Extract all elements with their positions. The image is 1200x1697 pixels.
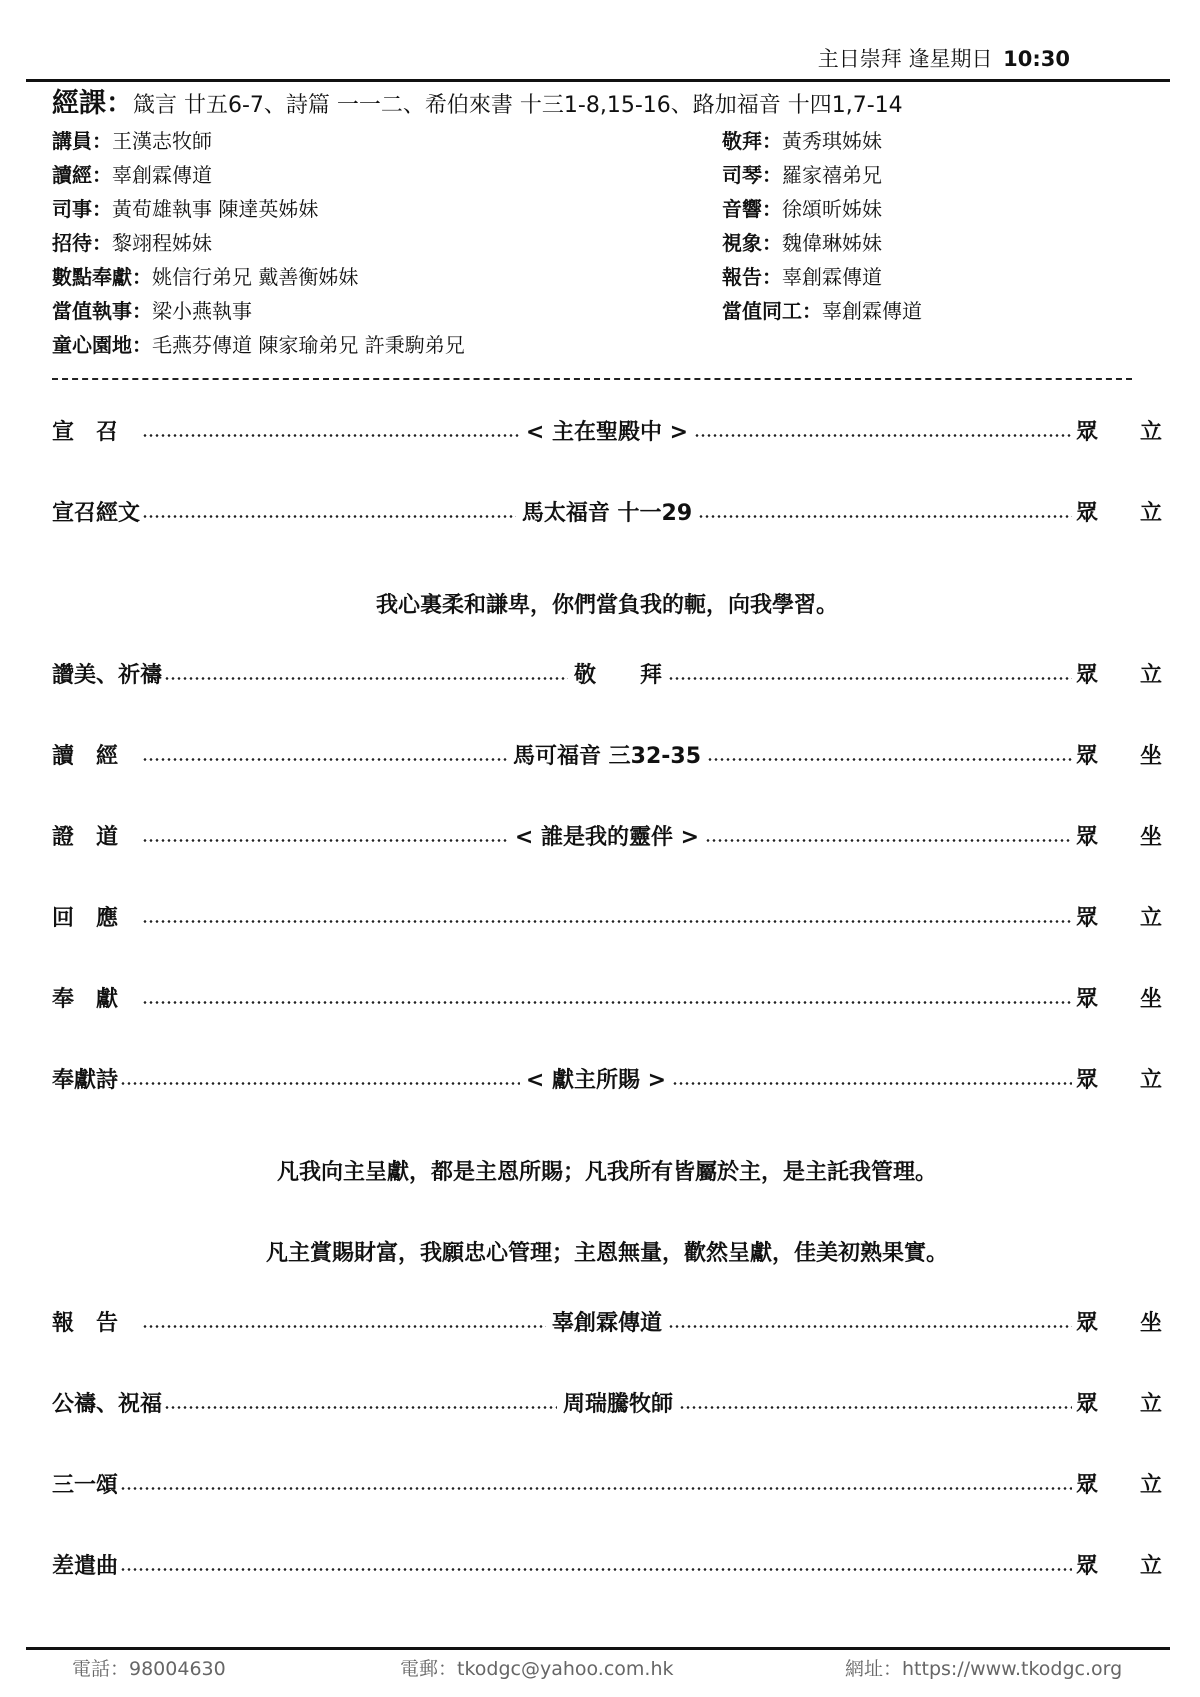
item-detail: < 獻主所賜 >: [522, 1063, 670, 1094]
dot-leader: [142, 920, 1072, 923]
role-label: 報告：: [722, 265, 782, 289]
role-label: 當值執事：: [52, 299, 152, 323]
role-row: 報告：辜創霖傳道: [722, 260, 922, 294]
role-people: 王漢志牧師: [112, 129, 212, 153]
role-people: 黃荀雄執事 陳達英姊妹: [112, 197, 318, 221]
role-people: 辜創霖傳道: [782, 265, 882, 289]
service-item-call-verse: 宣召經文 馬太福音 十一29 眾立: [52, 493, 1162, 529]
service-item-scripture-reading: 讀經 馬可福音 三32-35 眾坐: [52, 736, 1162, 772]
call-verse-text: 我心裏柔和謙卑，你們當負我的軛，向我學習。: [52, 591, 1162, 621]
role-row: 音響：徐頌昕姊妹: [722, 192, 922, 226]
dot-leader: [694, 434, 1072, 437]
role-row: 讀經：辜創霖傳道: [52, 158, 465, 192]
posture: 眾立: [1076, 901, 1162, 932]
posture-who: 眾: [1076, 658, 1098, 689]
role-row: 當值同工：辜創霖傳道: [722, 294, 922, 328]
posture-stance: 立: [1140, 658, 1162, 689]
role-people: 姚信行弟兄 戴善衡姊妹: [152, 265, 358, 289]
scripture-readings: 經課：箴言 廿五6-7、詩篇 一一二、希伯來書 十三1-8,15-16、路加福音…: [52, 88, 903, 122]
role-label: 招待：: [52, 231, 112, 255]
posture-who: 眾: [1076, 982, 1098, 1013]
footer-phone: 電話：98004630: [72, 1656, 226, 1682]
readings-label: 經課：: [52, 88, 133, 119]
role-row: 講員：王漢志牧師: [52, 124, 465, 158]
posture-who: 眾: [1076, 415, 1098, 446]
role-people: 辜創霖傳道: [822, 299, 922, 323]
offering-hymn-line-1: 凡我向主呈獻，都是主恩所賜；凡我所有皆屬於主，是主託我管理。: [52, 1158, 1162, 1188]
role-people: 徐頌昕姊妹: [782, 197, 882, 221]
service-item-praise-prayer: 讚美、祈禱 敬 拜 眾立: [52, 655, 1162, 691]
item-detail: < 主在聖殿中 >: [522, 415, 692, 446]
dot-leader: [698, 515, 1072, 518]
dot-leader: [705, 839, 1072, 842]
item-detail: < 誰是我的靈伴 >: [511, 820, 703, 851]
service-item-offering-hymn: 奉獻詩 < 獻主所賜 > 眾立: [52, 1060, 1162, 1096]
footer-email[interactable]: 電郵：tkodgc@yahoo.com.hk: [400, 1656, 674, 1682]
role-row: 司事：黃荀雄執事 陳達英姊妹: [52, 192, 465, 226]
dot-leader: [120, 1568, 1072, 1571]
item-detail: 周瑞騰牧師: [559, 1387, 677, 1418]
posture-who: 眾: [1076, 739, 1098, 770]
posture-stance: 立: [1140, 496, 1162, 527]
role-row: 數點奉獻：姚信行弟兄 戴善衡姊妹: [52, 260, 465, 294]
role-row: 當值執事：梁小燕執事: [52, 294, 465, 328]
offering-hymn-line-2: 凡主賞賜財富，我願忠心管理；主恩無量，歡然呈獻，佳美初熟果實。: [52, 1239, 1162, 1269]
posture-who: 眾: [1076, 901, 1098, 932]
dot-leader: [142, 434, 520, 437]
item-detail: 辜創霖傳道: [548, 1306, 666, 1337]
service-item-prayer-benediction: 公禱、祝福 周瑞騰牧師 眾立: [52, 1384, 1162, 1420]
service-item-call: 宣召 < 主在聖殿中 > 眾立: [52, 412, 1162, 448]
dashed-separator: [52, 378, 1132, 380]
posture: 眾立: [1076, 415, 1162, 446]
service-item-sending-song: 差遣曲 眾立: [52, 1546, 1162, 1582]
role-row: 司琴：羅家禧弟兄: [722, 158, 922, 192]
dot-leader: [668, 1325, 1072, 1328]
roles-left-column: 講員：王漢志牧師 讀經：辜創霖傳道 司事：黃荀雄執事 陳達英姊妹 招待：黎翊程姊…: [52, 124, 465, 362]
posture-stance: 坐: [1140, 739, 1162, 770]
dot-leader: [142, 1325, 546, 1328]
posture-who: 眾: [1076, 496, 1098, 527]
posture-stance: 立: [1140, 1549, 1162, 1580]
dot-leader: [142, 1001, 1072, 1004]
posture-who: 眾: [1076, 820, 1098, 851]
readings-text: 箴言 廿五6-7、詩篇 一一二、希伯來書 十三1-8,15-16、路加福音 十四…: [133, 93, 903, 118]
item-name: 奉獻詩: [52, 1063, 118, 1094]
posture-who: 眾: [1076, 1063, 1098, 1094]
role-row: 童心園地：毛燕芬傳道 陳家瑜弟兄 許秉駒弟兄: [52, 328, 465, 362]
service-item-doxology: 三一頌 眾立: [52, 1465, 1162, 1501]
posture: 眾立: [1076, 496, 1162, 527]
posture-stance: 立: [1140, 1387, 1162, 1418]
item-name: 差遣曲: [52, 1549, 118, 1580]
bottom-rule: [26, 1647, 1170, 1650]
item-name: 證道: [52, 820, 140, 851]
item-name: 讚美、祈禱: [52, 658, 162, 689]
role-label: 司琴：: [722, 163, 782, 187]
posture: 眾坐: [1076, 982, 1162, 1013]
dot-leader: [120, 1082, 520, 1085]
role-people: 毛燕芬傳道 陳家瑜弟兄 許秉駒弟兄: [152, 333, 465, 357]
posture-stance: 立: [1140, 1468, 1162, 1499]
service-name: 主日崇拜 逢星期日: [818, 47, 993, 71]
posture: 眾立: [1076, 1549, 1162, 1580]
role-people: 黃秀琪姊妹: [782, 129, 882, 153]
footer-website[interactable]: 網址：https://www.tkodgc.org: [845, 1656, 1122, 1682]
item-name: 宣召: [52, 415, 140, 446]
role-row: 招待：黎翊程姊妹: [52, 226, 465, 260]
role-people: 梁小燕執事: [152, 299, 252, 323]
role-row: 敬拜：黃秀琪姊妹: [722, 124, 922, 158]
item-detail: 馬太福音 十一29: [518, 496, 696, 527]
role-label: 當值同工：: [722, 299, 822, 323]
dot-leader: [672, 1082, 1072, 1085]
dot-leader: [164, 1406, 557, 1409]
posture-stance: 坐: [1140, 982, 1162, 1013]
service-item-announcements: 報告 辜創霖傳道 眾坐: [52, 1303, 1162, 1339]
role-label: 童心園地：: [52, 333, 152, 357]
item-name: 報告: [52, 1306, 140, 1337]
item-detail: 敬 拜: [570, 658, 666, 689]
item-detail: 馬可福音 三32-35: [509, 739, 705, 770]
posture: 眾立: [1076, 1468, 1162, 1499]
posture: 眾立: [1076, 1387, 1162, 1418]
role-people: 魏偉琳姊妹: [782, 231, 882, 255]
dot-leader: [668, 677, 1072, 680]
posture-stance: 坐: [1140, 820, 1162, 851]
dot-leader: [142, 758, 507, 761]
posture-who: 眾: [1076, 1387, 1098, 1418]
role-label: 數點奉獻：: [52, 265, 152, 289]
posture-who: 眾: [1076, 1468, 1098, 1499]
role-label: 音響：: [722, 197, 782, 221]
posture-who: 眾: [1076, 1549, 1098, 1580]
service-title: 主日崇拜 逢星期日 10:30: [818, 44, 1070, 74]
item-name: 回應: [52, 901, 140, 932]
posture: 眾坐: [1076, 739, 1162, 770]
role-people: 羅家禧弟兄: [782, 163, 882, 187]
dot-leader: [707, 758, 1072, 761]
role-label: 讀經：: [52, 163, 112, 187]
service-item-offering: 奉獻 眾坐: [52, 979, 1162, 1015]
posture: 眾立: [1076, 658, 1162, 689]
role-label: 視象：: [722, 231, 782, 255]
service-time: 10:30: [1003, 47, 1070, 71]
service-item-response: 回應 眾立: [52, 898, 1162, 934]
dot-leader: [142, 515, 516, 518]
service-item-sermon: 證道 < 誰是我的靈伴 > 眾坐: [52, 817, 1162, 853]
posture: 眾坐: [1076, 1306, 1162, 1337]
role-label: 司事：: [52, 197, 112, 221]
item-name: 奉獻: [52, 982, 140, 1013]
dot-leader: [120, 1487, 1072, 1490]
role-people: 黎翊程姊妹: [112, 231, 212, 255]
item-name: 三一頌: [52, 1468, 118, 1499]
item-name: 讀經: [52, 739, 140, 770]
item-name: 宣召經文: [52, 496, 140, 527]
role-people: 辜創霖傳道: [112, 163, 212, 187]
role-row: 視象：魏偉琳姊妹: [722, 226, 922, 260]
role-label: 敬拜：: [722, 129, 782, 153]
item-name: 公禱、祝福: [52, 1387, 162, 1418]
dot-leader: [164, 677, 568, 680]
posture-stance: 立: [1140, 901, 1162, 932]
posture-stance: 立: [1140, 1063, 1162, 1094]
roles-right-column: 敬拜：黃秀琪姊妹 司琴：羅家禧弟兄 音響：徐頌昕姊妹 視象：魏偉琳姊妹 報告：辜…: [722, 124, 922, 328]
top-rule: [26, 79, 1170, 82]
posture: 眾立: [1076, 1063, 1162, 1094]
posture-who: 眾: [1076, 1306, 1098, 1337]
dot-leader: [679, 1406, 1072, 1409]
posture-stance: 坐: [1140, 1306, 1162, 1337]
dot-leader: [142, 839, 509, 842]
posture: 眾坐: [1076, 820, 1162, 851]
posture-stance: 立: [1140, 415, 1162, 446]
role-label: 講員：: [52, 129, 112, 153]
